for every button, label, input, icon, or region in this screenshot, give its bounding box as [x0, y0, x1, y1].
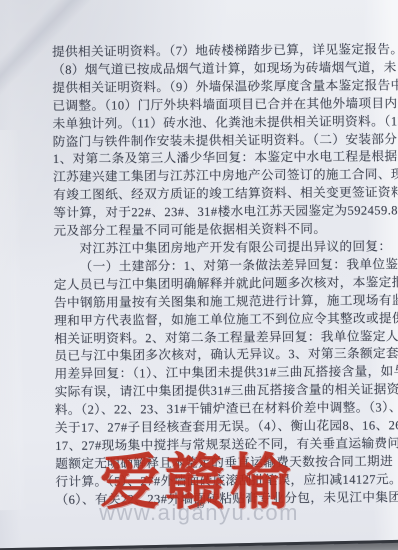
document-line: 告中钢筋用量按有关图集和施工规范进行计算，施工现场有监: [54, 292, 372, 312]
scanned-document: 提供相关证明资料。（7）地砖楼梯踏步已算，详见鉴定报告。（8）烟气道已按成品烟气…: [0, 0, 398, 550]
document-line: 已调整。（10）门厅外块料墙面项目已合并在其他外墙项目内，: [52, 95, 370, 115]
document-line: 定人员已与江中集团明确解释并就此问题多次核对，本鉴定报: [54, 274, 372, 294]
page-number: 19: [190, 501, 210, 510]
document-line: （一）土建部分：1、对第一条做法差异回复：我单位鉴: [54, 256, 372, 276]
document-line: 理和甲方代表监督，如施工单位施工不到位应令其整改或提供: [54, 310, 372, 330]
document-line: （6）、有关22、23#外墙面砖粘贴膏专业分包，未见江中集团: [56, 489, 374, 509]
document-line: 题额定无明确解释且本鉴定的垂直运输费天数按合同工期进: [55, 453, 373, 473]
paper-shading: [0, 129, 41, 510]
document-line: 行计算。（5）、27#外墙面砖底滚刮批笔误，应扣减14127元。: [55, 471, 373, 491]
document-line: 对江苏江中集团房地产开发有限公司提出异议的回复：: [54, 238, 372, 258]
document-line: 提供相关证明资料。（9）外墙保温砂浆厚度含量本鉴定报告中: [52, 77, 370, 97]
document-line: 17、27#现场集中搅拌与常规泵送砼不同，有关垂直运输费问: [55, 435, 373, 455]
document-line: 提供相关证明资料。（7）地砖楼梯踏步已算，详见鉴定报告。: [52, 42, 370, 62]
document-line: 未单独计列。（11）砖水池、化粪池未提供相关证明资料。（12）: [53, 113, 371, 133]
document-line: （8）烟气道已按成品烟气道计算，如现场为砖墙烟气道，未: [52, 59, 370, 79]
document-text: 提供相关证明资料。（7）地砖楼梯踏步已算，详见鉴定报告。（8）烟气道已按成品烟气…: [52, 42, 374, 510]
